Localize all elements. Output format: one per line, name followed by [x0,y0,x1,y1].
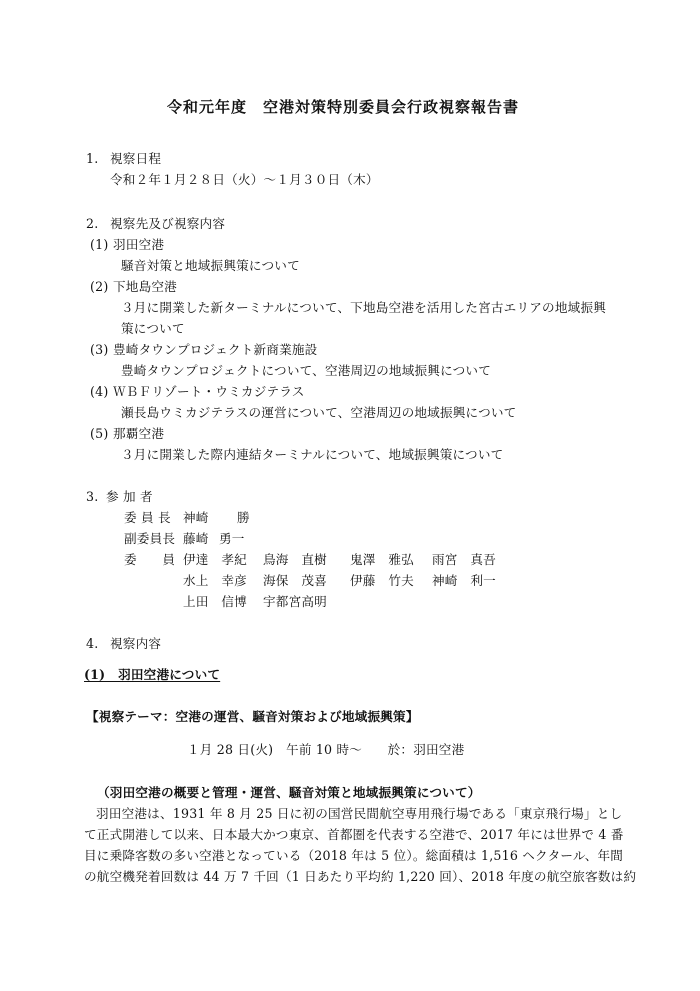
site-5-number: (5) [90,427,108,441]
member-name: 伊達 孝紀 [183,553,247,567]
site-4-desc: 瀬長島ウミカジテラスの運営について、空港周辺の地域振興について [121,406,516,420]
subsection-title: (1) 羽田空港について [84,668,220,682]
site-1-desc: 騒音対策と地域振興策について [121,259,300,273]
member-name: 上田 信博 [183,595,247,609]
section-3-number: 3. [86,490,98,504]
site-2-name: 下地島空港 [113,280,177,294]
section-1-number: 1. [86,152,98,166]
member-name: 宇都宮高明 [263,595,327,609]
inspection-theme: 【視察テーマ：空港の運営、騒音対策および地域振興策】 [86,710,419,724]
body-paragraph-line: の航空機発着回数は 44 万 7 千回（1 日あたり平均約 1,220 回）、2… [84,870,636,884]
member-name: 伊藤 竹夫 [350,574,414,588]
site-4-name: ＷＢＦリゾート・ウミカジテラス [113,385,305,399]
site-2-desc-line-2: 策について [121,322,185,336]
body-paragraph-line: て正式開港して以来、日本最大かつ東京、首都圏を代表する空港で、2017 年には世… [84,828,624,842]
section-4-number: 4. [86,637,98,651]
site-3-number: (3) [90,343,108,357]
site-5-desc: ３月に開業した際内連結ターミナルについて、地域振興策について [121,448,503,462]
overview-subheading: （羽田空港の概要と管理・運営、騒音対策と地域振興策について） [97,786,481,800]
body-paragraph-line: 目に乗降客数の多い空港となっている（2018 年は 5 位）。総面積は 1,51… [84,849,623,863]
section-1-heading: 視察日程 [110,152,161,166]
section-4-heading: 視察内容 [110,637,161,651]
site-2-number: (2) [90,280,108,294]
site-2-desc-line-1: ３月に開業した新ターミナルについて、下地島空港を活用した宮古エリアの地域振興 [121,301,606,315]
member-name: 雨宮 真吾 [432,553,496,567]
member-role: 委 員 [124,553,175,567]
vice-chair-surname: 藤崎 [183,532,209,546]
body-paragraph-line: 羽田空港は、1931 年 8 月 25 日に初の国営民間航空専用飛行場である「東… [96,807,622,821]
member-name: 神崎 利一 [432,574,496,588]
member-name: 鳥海 直樹 [263,553,327,567]
section-3-heading: 参 加 者 [106,490,153,504]
site-1-number: (1) [90,238,108,252]
vice-chair-given-name: 勇一 [219,532,245,546]
member-name: 海保 茂喜 [263,574,327,588]
schedule-line: １月 28 日(火) 午前 10 時～ 於：羽田空港 [187,743,464,757]
section-2-number: 2. [86,217,98,231]
site-1-name: 羽田空港 [113,238,164,252]
chair-role: 委 員 長 [124,511,171,525]
section-2-heading: 視察先及び視察内容 [110,217,225,231]
chair-given-name: 勝 [237,511,250,525]
section-1-dates: 令和２年１月２８日（火）～１月３０日（木） [110,173,379,187]
vice-chair-role: 副委員長 [124,532,175,546]
site-3-desc: 豊崎タウンプロジェクトについて、空港周辺の地域振興について [121,364,491,378]
chair-surname: 神崎 [183,511,209,525]
member-name: 鬼澤 雅弘 [350,553,414,567]
site-4-number: (4) [90,385,108,399]
document-title: 令和元年度 空港対策特別委員会行政視察報告書 [167,96,519,117]
member-name: 水上 幸彦 [183,574,247,588]
site-5-name: 那覇空港 [113,427,164,441]
site-3-name: 豊崎タウンプロジェクト新商業施設 [113,343,317,357]
